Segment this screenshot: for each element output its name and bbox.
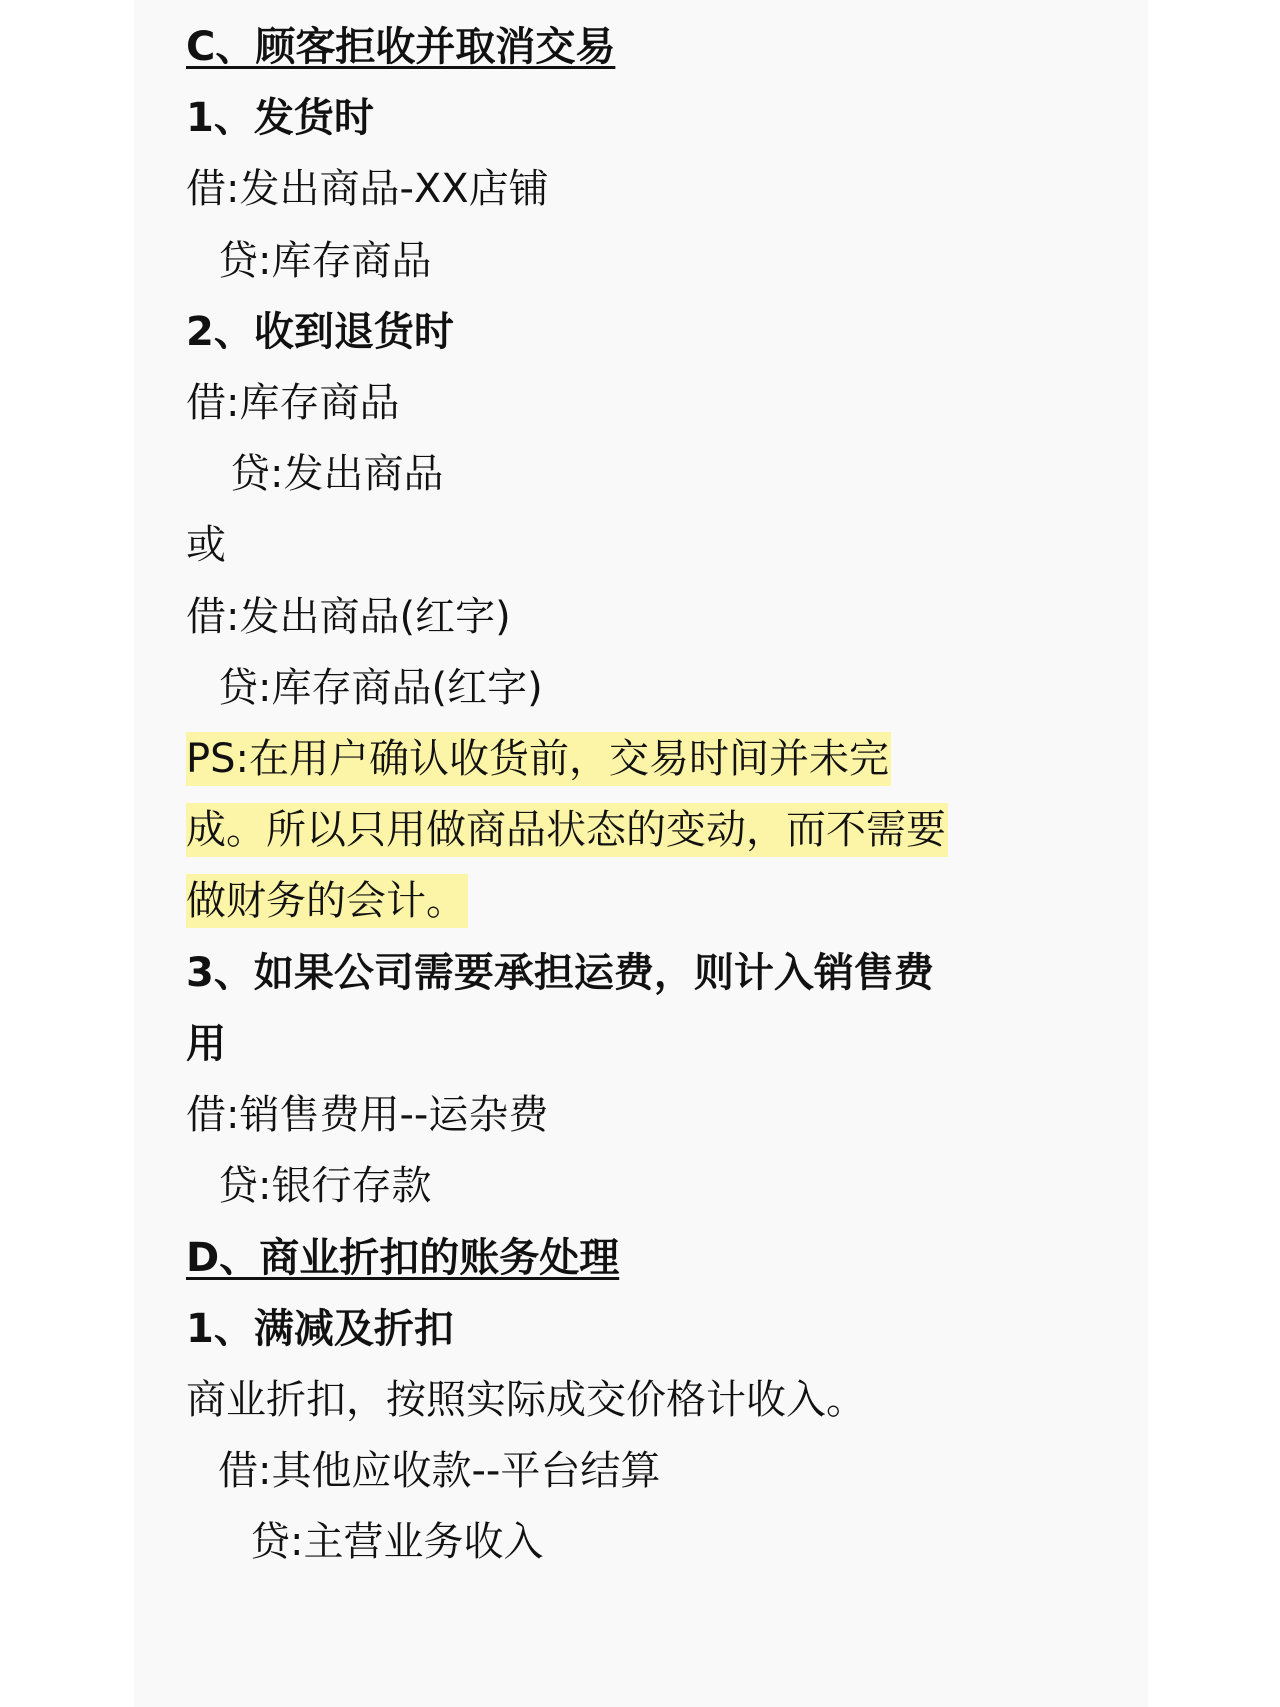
section-title-d: D、商业折扣的账务处理	[186, 1231, 619, 1285]
note-text: 做财务的会计。	[186, 874, 468, 928]
section-title-c: C、顾客拒收并取消交易	[186, 20, 615, 74]
credit-entry: 贷:主营业务收入	[250, 1515, 543, 1569]
note-text: PS:在用户确认收货前，交易时间并未完	[186, 732, 891, 786]
item-heading-shipping: 1、发货时	[186, 91, 374, 145]
highlighted-note-line: 做财务的会计。	[186, 874, 468, 928]
credit-entry: 贷:银行存款	[218, 1159, 431, 1213]
item-heading-freight: 3、如果公司需要承担运费，则计入销售费	[186, 946, 934, 1000]
highlighted-note-line: PS:在用户确认收货前，交易时间并未完	[186, 732, 891, 786]
alt-debit-entry: 借:发出商品(红字)	[186, 590, 511, 644]
or-label: 或	[186, 518, 226, 572]
highlighted-note-line: 成。所以只用做商品状态的变动，而不需要	[186, 803, 948, 857]
debit-entry: 借:其他应收款--平台结算	[218, 1444, 660, 1498]
item-heading-discount: 1、满减及折扣	[186, 1302, 454, 1356]
item-heading-freight-cont: 用	[186, 1017, 226, 1071]
credit-entry: 贷:发出商品	[230, 447, 443, 501]
item-heading-return: 2、收到退货时	[186, 305, 454, 359]
debit-entry: 借:销售费用--运杂费	[186, 1088, 548, 1142]
debit-entry: 借:库存商品	[186, 376, 399, 430]
note-text: 成。所以只用做商品状态的变动，而不需要	[186, 803, 948, 857]
description-text: 商业折扣，按照实际成交价格计收入。	[186, 1373, 866, 1427]
credit-entry: 贷:库存商品	[218, 234, 431, 288]
alt-credit-entry: 贷:库存商品(红字)	[218, 661, 543, 715]
debit-entry: 借:发出商品-XX店铺	[186, 162, 549, 216]
